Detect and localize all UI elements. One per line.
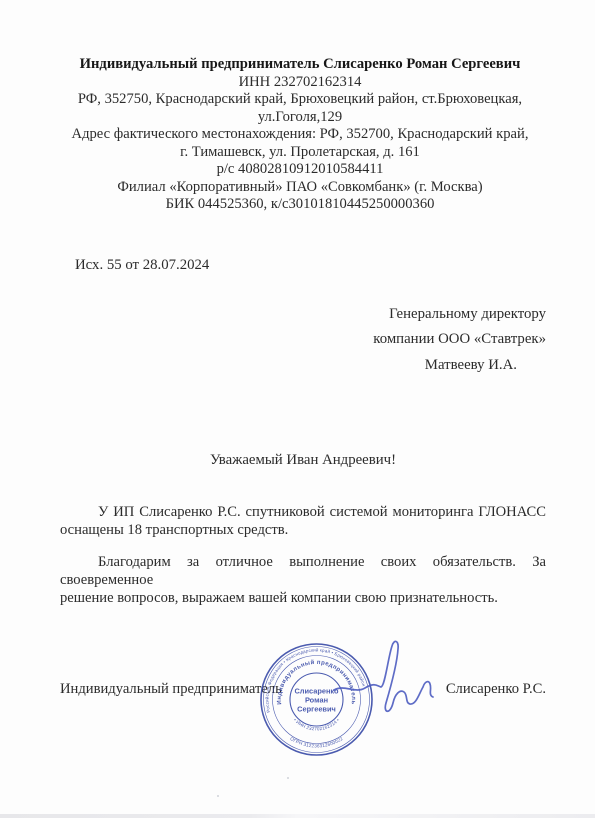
scan-bottom-edge	[0, 814, 595, 818]
stamp-ogrn-text: ОГРН 312236312600022	[289, 736, 344, 749]
addressee-person: Матвееву И.А.	[373, 353, 546, 378]
letterhead-account: р/с 40802810912010584411	[45, 161, 555, 179]
scan-speck	[217, 795, 219, 797]
stamp-name-line-2: Роман	[305, 696, 328, 705]
letterhead: Индивидуальный предприниматель Слисаренк…	[45, 56, 555, 214]
addressee-company: компании ООО «Ставтрек»	[373, 327, 546, 352]
paragraph-line: Благодарим за отличное выполнение своих …	[60, 553, 546, 589]
signer-role: Индивидуальный предприниматель	[60, 681, 282, 698]
scan-speck	[287, 777, 289, 779]
body-paragraph-1: У ИП Слисаренко Р.С. спутниковой системо…	[60, 503, 546, 539]
letterhead-address-2: ул.Гоголя,129	[45, 109, 555, 127]
letterhead-bik: БИК 044525360, к/с30101810445250000360	[45, 196, 555, 214]
paragraph-line: решение вопросов, выражаем вашей компани…	[60, 589, 546, 607]
addressee-block: Генеральному директору компании ООО «Ста…	[373, 302, 546, 378]
body-paragraph-2: Благодарим за отличное выполнение своих …	[60, 553, 546, 608]
addressee-position: Генеральному директору	[373, 302, 546, 327]
salutation: Уважаемый Иван Андреевич!	[60, 452, 546, 469]
handwritten-signature	[331, 636, 443, 720]
letterhead-address-1: РФ, 352750, Краснодарский край, Брюховец…	[45, 91, 555, 109]
letterhead-bank: Филиал «Корпоративный» ПАО «Совкомбанк» …	[45, 179, 555, 197]
paragraph-line: У ИП Слисаренко Р.С. спутниковой системо…	[60, 503, 546, 521]
outgoing-reference: Исх. 55 от 28.07.2024	[75, 257, 209, 274]
letterhead-title: Индивидуальный предприниматель Слисаренк…	[45, 56, 555, 74]
signer-name: Слисаренко Р.С.	[446, 681, 546, 698]
letterhead-inn: ИНН 232702162314	[45, 74, 555, 92]
signature-stroke	[334, 641, 433, 711]
letterhead-actual-address-1: Адрес фактического местонахождения: РФ, …	[45, 126, 555, 144]
letterhead-actual-address-2: г. Тимашевск, ул. Пролетарская, д. 161	[45, 144, 555, 162]
letter-page: Индивидуальный предприниматель Слисаренк…	[0, 0, 595, 818]
paragraph-line: оснащены 18 транспортных средств.	[60, 521, 546, 539]
